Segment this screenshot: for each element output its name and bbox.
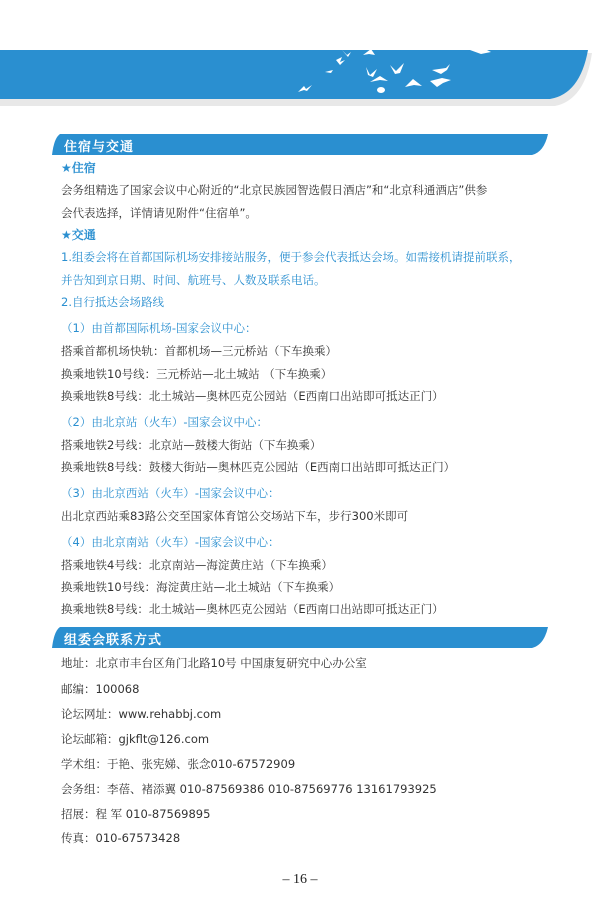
contact-postcode: 邮编：100068 bbox=[61, 681, 139, 697]
route-step: 换乘地铁10号线：海淀黄庄站—北土城站（下车换乘） bbox=[61, 579, 340, 595]
pickup-text-line: 并告知到京日期、时间、航班号、人数及联系电话。 bbox=[61, 272, 326, 288]
transport-heading: ★交通 bbox=[61, 227, 96, 243]
pickup-text-line: 1.组委会将在首都国际机场安排接站服务，便于参会代表抵达会场。如需接机请提前联系… bbox=[61, 249, 520, 265]
lodging-text-line: 会务组精选了国家会议中心附近的“北京民族园智选假日酒店”和“北京科通酒店”供参 bbox=[61, 182, 487, 198]
contact-academic-group: 学术组：于艳、张宪娣、张念010-67572909 bbox=[61, 756, 295, 772]
contact-website: 论坛网址：www.rehabbj.com bbox=[61, 706, 221, 722]
section-header-contact: 组委会联系方式 bbox=[52, 627, 548, 648]
route-step: 出北京西站乘83路公交至国家体育馆公交场站下车，步行300米即可 bbox=[61, 508, 408, 524]
section-header-lodging-transport: 住宿与交通 bbox=[52, 134, 548, 155]
contact-address: 地址：北京市丰台区角门北路10号 中国康复研究中心办公室 bbox=[61, 655, 367, 671]
route-step: 换乘地铁10号线：三元桥站—北土城站 （下车换乘） bbox=[61, 366, 332, 382]
lodging-heading: ★住宿 bbox=[61, 160, 96, 176]
route-step: 搭乘地铁2号线：北京站—鼓楼大街站（下车换乘） bbox=[61, 437, 321, 453]
lodging-text-line: 会代表选择，详情请见附件“住宿单”。 bbox=[61, 205, 257, 221]
contact-email: 论坛邮箱：gjkflt@126.com bbox=[61, 731, 209, 747]
route-step: 搭乘首都机场快轨：首都机场—三元桥站（下车换乘） bbox=[61, 343, 337, 359]
contact-fax: 传真：010-67573428 bbox=[61, 830, 180, 846]
route-title: （3）由北京西站（火车）-国家会议中心： bbox=[61, 485, 279, 501]
contact-exhibition: 招展：程 军 010-87569895 bbox=[61, 806, 210, 822]
page-number: – 16 – bbox=[0, 872, 600, 888]
route-step: 换乘地铁8号线：北土城站—奥林匹克公园站（E西南口出站即可抵达正门） bbox=[61, 388, 444, 404]
self-route-title: 2.自行抵达会场路线 bbox=[61, 294, 164, 310]
contact-conference-group: 会务组：李蓓、褚添翼 010-87569386 010-87569776 131… bbox=[61, 781, 437, 797]
route-step: 换乘地铁8号线：鼓楼大街站—奥林匹克公园站（E西南口出站即可抵达正门） bbox=[61, 459, 455, 475]
route-title: （4）由北京南站（火车）-国家会议中心： bbox=[61, 534, 279, 550]
route-title: （2）由北京站（火车）-国家会议中心： bbox=[61, 414, 268, 430]
route-step: 搭乘地铁4号线：北京南站—海淀黄庄站（下车换乘） bbox=[61, 557, 333, 573]
section-title: 组委会联系方式 bbox=[64, 629, 162, 648]
route-title: （1）由首都国际机场-国家会议中心： bbox=[61, 320, 256, 336]
section-title: 住宿与交通 bbox=[64, 136, 134, 155]
route-step: 换乘地铁8号线：北土城站—奥林匹克公园站（E西南口出站即可抵达正门） bbox=[61, 601, 444, 617]
top-banner bbox=[0, 50, 592, 100]
